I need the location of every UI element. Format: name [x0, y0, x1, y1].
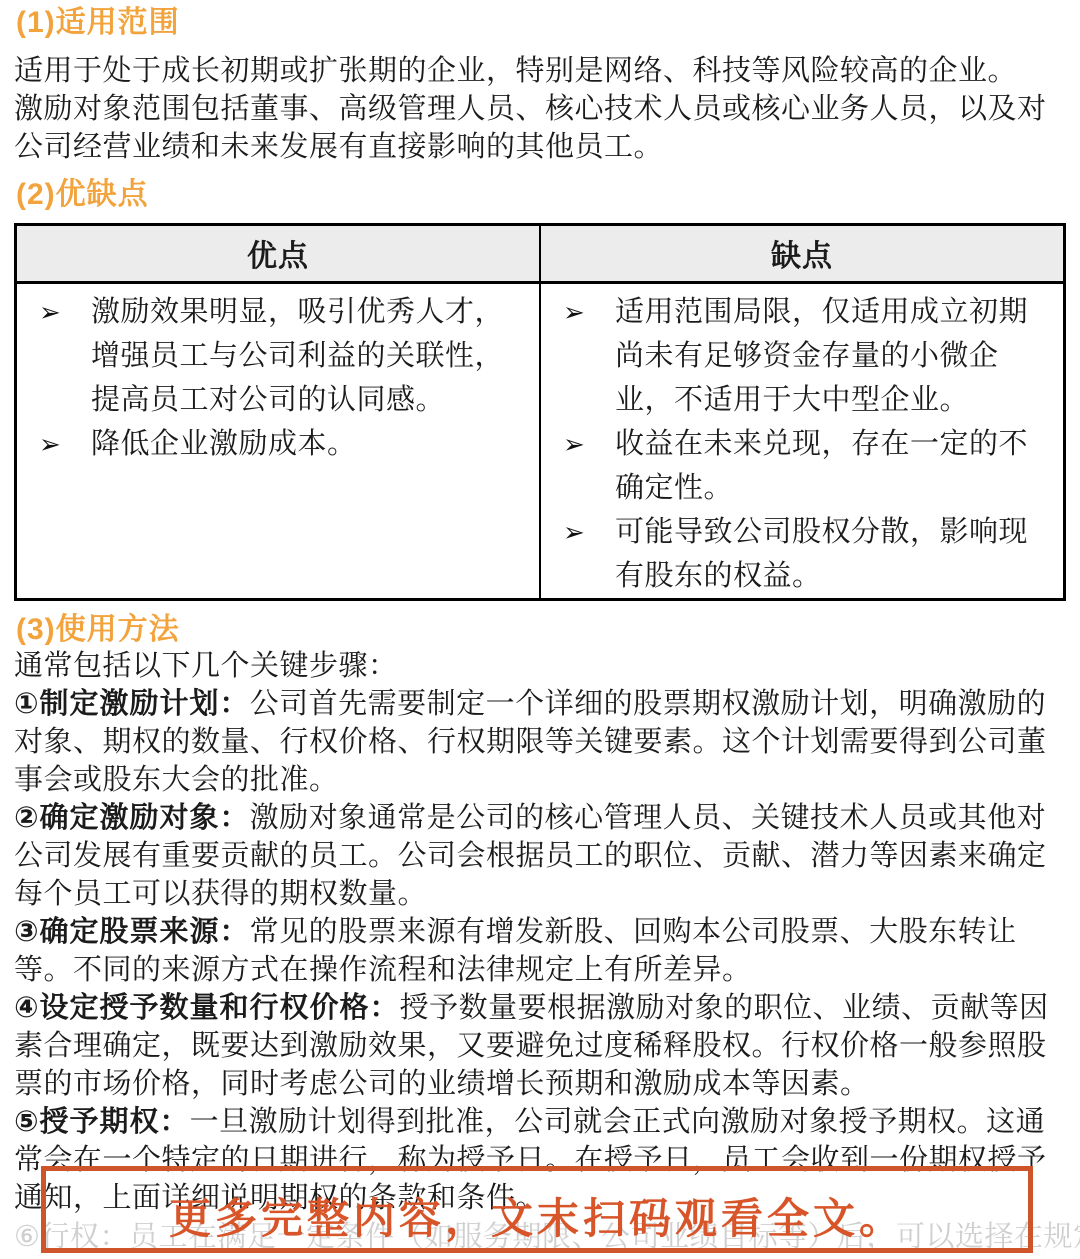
arrow-bullet-icon: ➢ [39, 422, 61, 466]
arrow-bullet-icon: ➢ [563, 290, 585, 334]
list-item: ➢ 降低企业激励成本。 [17, 422, 533, 466]
list-item: ➢ 激励效果明显，吸引优秀人才，增强员工与公司利益的关联性，提高员工对公司的认同… [17, 290, 533, 422]
document-page: (1)适用范围 适用于处于成长初期或扩张期的企业，特别是网络、科技等风险较高的企… [0, 0, 1080, 1259]
pros-item-text: 激励效果明显，吸引优秀人才，增强员工与公司利益的关联性，提高员工对公司的认同感。 [91, 296, 504, 416]
step-label: ①制定激励计划： [14, 688, 250, 720]
cons-item-text: 可能导致公司股权分散，影响现有股东的权益。 [615, 516, 1028, 592]
arrow-bullet-icon: ➢ [563, 510, 585, 554]
step-item-3: ③确定股票来源：常见的股票来源有增发新股、回购本公司股票、大股东转让等。不同的来… [14, 913, 1066, 989]
section1-paragraph-2: 激励对象范围包括董事、高级管理人员、核心技术人员或核心业务人员，以及对公司经营业… [14, 90, 1066, 166]
cta-banner: 更多完整内容，文末扫码观看全文。 [41, 1166, 1033, 1253]
list-item: ➢ 可能导致公司股权分散，影响现有股东的权益。 [541, 510, 1057, 598]
step-label: ③确定股票来源： [14, 916, 250, 948]
section3-heading: (3)使用方法 [16, 613, 1066, 647]
step-item-1: ①制定激励计划：公司首先需要制定一个详细的股票期权激励计划，明确激励的对象、期权… [14, 685, 1066, 799]
pros-item-text: 降低企业激励成本。 [91, 428, 357, 460]
step-label: ②确定激励对象： [14, 802, 250, 834]
table-header-row: 优点 缺点 [16, 225, 1065, 283]
section3-intro: 通常包括以下几个关键步骤： [14, 647, 1066, 685]
cons-item-text: 收益在未来兑现，存在一定的不确定性。 [615, 428, 1028, 504]
pros-cell: ➢ 激励效果明显，吸引优秀人才，增强员工与公司利益的关联性，提高员工对公司的认同… [16, 283, 541, 600]
list-item: ➢ 适用范围局限，仅适用成立初期尚未有足够资金存量的小微企业，不适用于大中型企业… [541, 290, 1057, 422]
pros-column-header: 优点 [16, 225, 541, 283]
table-body-row: ➢ 激励效果明显，吸引优秀人才，增强员工与公司利益的关联性，提高员工对公司的认同… [16, 283, 1065, 600]
arrow-bullet-icon: ➢ [563, 422, 585, 466]
section1-paragraph-1: 适用于处于成长初期或扩张期的企业，特别是网络、科技等风险较高的企业。 [14, 52, 1066, 90]
step-label: ④设定授予数量和行权价格： [14, 992, 400, 1024]
section1-heading: (1)适用范围 [16, 6, 1066, 40]
step-label: ⑤授予期权： [14, 1106, 190, 1138]
document-content: (1)适用范围 适用于处于成长初期或扩张期的企业，特别是网络、科技等风险较高的企… [0, 0, 1080, 1257]
cons-column-header: 缺点 [540, 225, 1065, 283]
pros-list: ➢ 激励效果明显，吸引优秀人才，增强员工与公司利益的关联性，提高员工对公司的认同… [17, 290, 533, 466]
pros-cons-table: 优点 缺点 ➢ 激励效果明显，吸引优秀人才，增强员工与公司利益的关联性，提高员工… [14, 223, 1066, 601]
cta-banner-text: 更多完整内容，文末扫码观看全文。 [169, 1186, 905, 1246]
cons-cell: ➢ 适用范围局限，仅适用成立初期尚未有足够资金存量的小微企业，不适用于大中型企业… [540, 283, 1065, 600]
list-item: ➢ 收益在未来兑现，存在一定的不确定性。 [541, 422, 1057, 510]
cons-list: ➢ 适用范围局限，仅适用成立初期尚未有足够资金存量的小微企业，不适用于大中型企业… [541, 290, 1057, 598]
step-item-2: ②确定激励对象：激励对象通常是公司的核心管理人员、关键技术人员或其他对公司发展有… [14, 799, 1066, 913]
arrow-bullet-icon: ➢ [39, 290, 61, 334]
section2-heading: (2)优缺点 [16, 178, 1066, 212]
step-item-4: ④设定授予数量和行权价格：授予数量要根据激励对象的职位、业绩、贡献等因素合理确定… [14, 989, 1066, 1103]
cons-item-text: 适用范围局限，仅适用成立初期尚未有足够资金存量的小微企业，不适用于大中型企业。 [615, 296, 1028, 416]
